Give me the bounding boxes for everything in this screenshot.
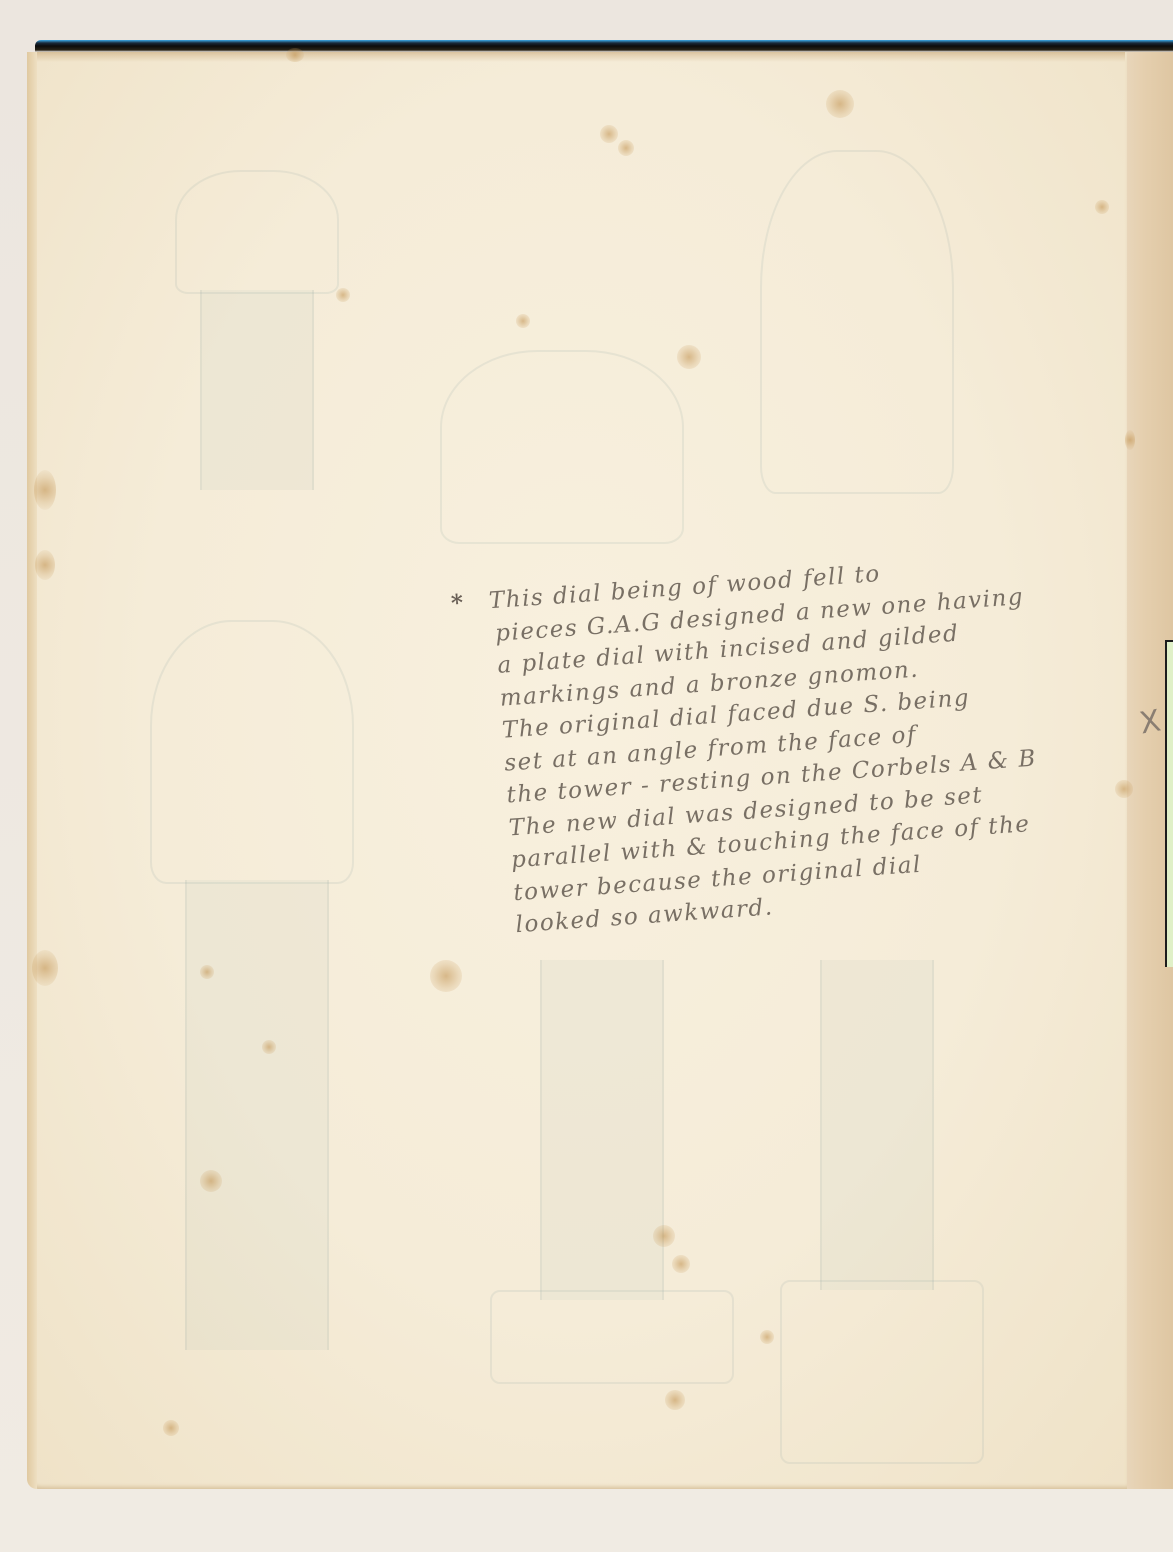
- foxing-stain: [653, 1225, 675, 1247]
- foxing-stain: [665, 1390, 685, 1410]
- bleed-through-illustration-top-center: [440, 350, 684, 544]
- foxing-stain: [262, 1040, 276, 1054]
- page-left-edge: [27, 52, 37, 1489]
- bleed-through-illustration-top-right: [760, 150, 954, 494]
- foxing-stain: [34, 470, 56, 510]
- foxing-stain: [286, 48, 304, 62]
- foxing-stain: [618, 140, 634, 156]
- bleed-through-column-right: [820, 960, 934, 1290]
- top-edge-stain: [37, 52, 1125, 62]
- handwritten-note: *This dial being of wood fell to pieces …: [450, 545, 1093, 945]
- asterisk-marker: *: [450, 585, 490, 620]
- foxing-stain: [163, 1420, 179, 1436]
- bleed-through-base-right: [780, 1280, 984, 1464]
- next-page-frame-border: [1165, 640, 1173, 967]
- bleed-through-illustration-mid-left: [150, 620, 354, 884]
- foxing-stain: [516, 314, 530, 328]
- foxing-stain: [32, 950, 58, 986]
- bleed-through-column-mid-left: [185, 880, 329, 1350]
- foxing-stain: [35, 550, 55, 580]
- foxing-stain: [677, 345, 701, 369]
- book-top-edge: [35, 40, 1173, 52]
- foxing-stain: [826, 90, 854, 118]
- foxing-stain: [336, 288, 350, 302]
- foxing-stain: [200, 1170, 222, 1192]
- foxing-stain: [430, 960, 462, 992]
- bleed-through-base-center: [490, 1290, 734, 1384]
- bleed-through-column-center: [540, 960, 664, 1300]
- foxing-stain: [760, 1330, 774, 1344]
- foxing-stain: [1095, 200, 1109, 214]
- bleed-through-column-top-left: [200, 290, 314, 490]
- foxing-stain: [672, 1255, 690, 1273]
- foxing-stain: [1125, 430, 1135, 450]
- foxing-stain: [600, 125, 618, 143]
- bleed-through-illustration-top-left: [175, 170, 339, 294]
- foxing-stain: [200, 965, 214, 979]
- foxing-stain: [1115, 780, 1133, 798]
